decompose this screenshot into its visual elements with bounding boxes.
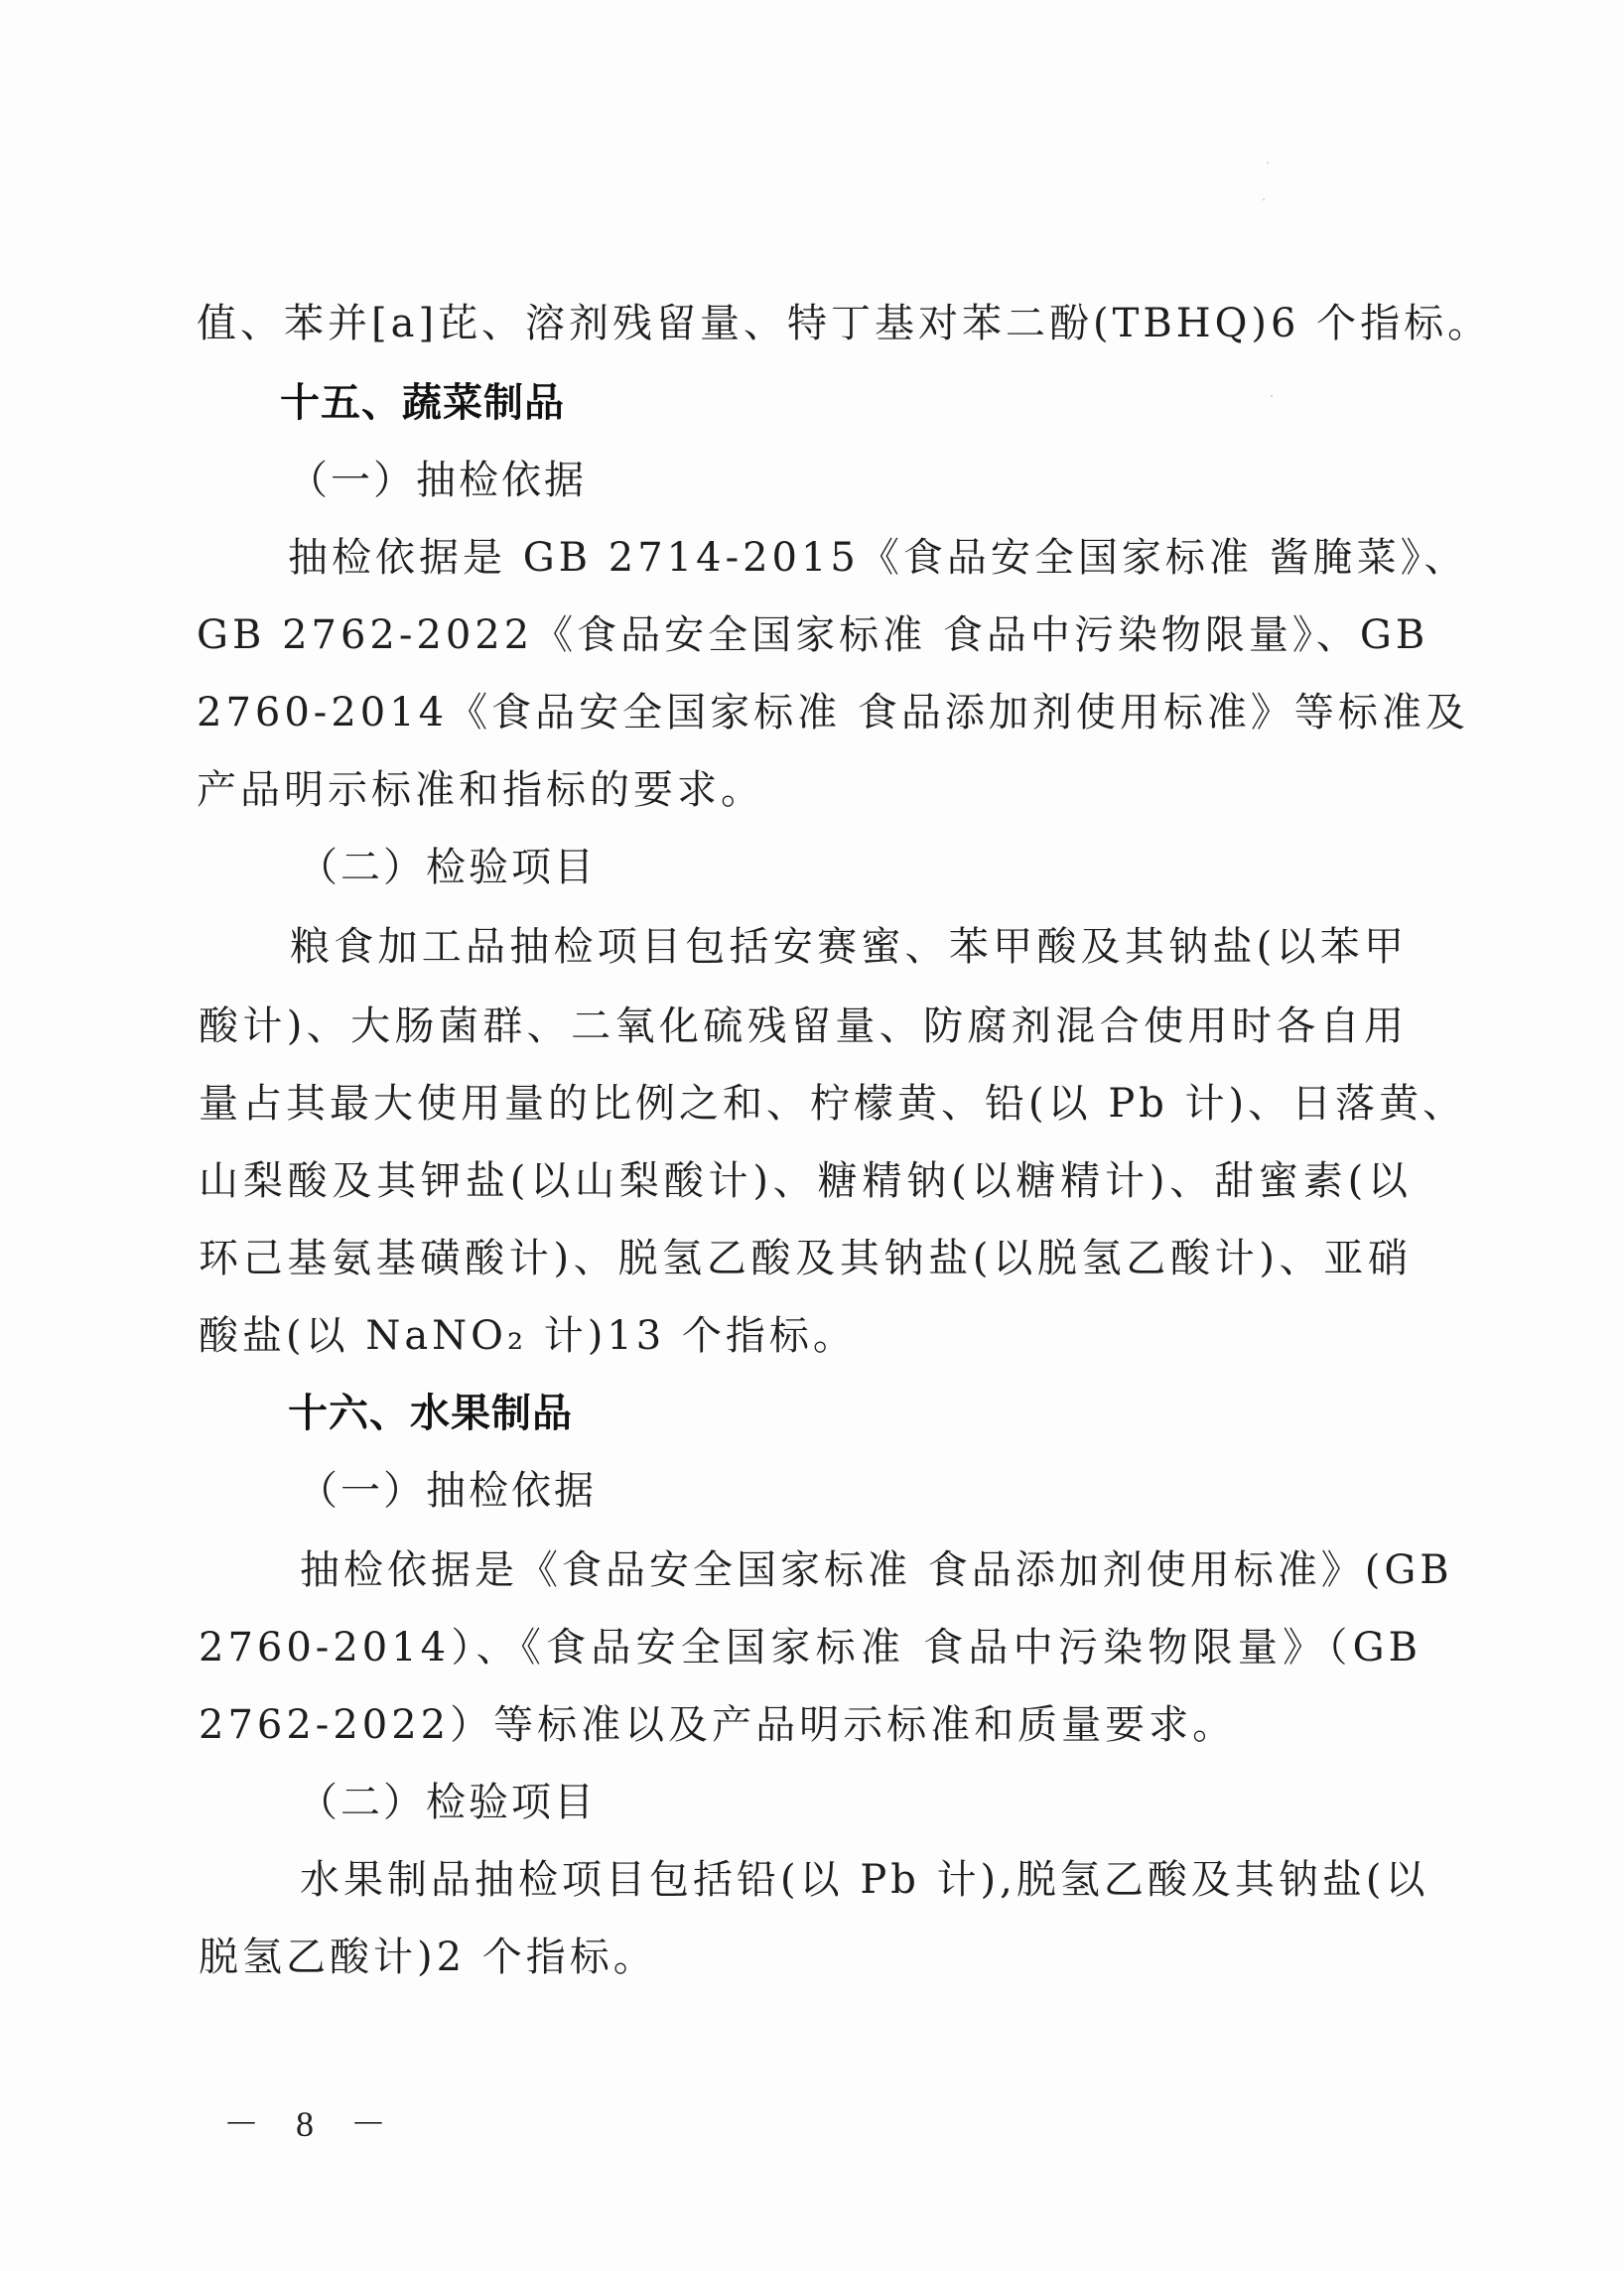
- page-number: － 8 －: [223, 2096, 400, 2147]
- paragraph-line: 环己基氨基磺酸计)、脱氢乙酸及其钠盐(以脱氢乙酸计)、亚硝: [199, 1233, 1412, 1284]
- paragraph-line: 抽检依据是 GB 2714-2015《食品安全国家标准 酱腌菜》、: [288, 532, 1390, 584]
- paragraph-line: 2760-2014《食品安全国家标准 食品添加剂使用标准》等标准及: [197, 687, 1396, 738]
- subsection-heading-items: （二）检验项目: [298, 1777, 597, 1828]
- paragraph-line: 山梨酸及其钾盐(以山梨酸计)、糖精钠(以糖精计)、甜蜜素(以: [199, 1155, 1412, 1207]
- paragraph-line: GB 2762-2022《食品安全国家标准 食品中污染物限量》、GB: [197, 609, 1388, 661]
- scan-speck: [1263, 199, 1265, 200]
- section-heading-fruit-products: 十六、水果制品: [288, 1388, 573, 1439]
- scan-speck: [1271, 395, 1273, 397]
- paragraph-line: 水果制品抽检项目包括铅(以 Pb 计),脱氢乙酸及其钠盐(以: [300, 1854, 1421, 1906]
- paragraph-line: 粮食加工品抽检项目包括安赛蜜、苯甲酸及其钠盐(以苯甲: [290, 921, 1408, 973]
- paragraph-line: 量占其最大使用量的比例之和、柠檬黄、铅(以 Pb 计)、日落黄、: [199, 1078, 1412, 1130]
- paragraph-line: 产品明示标准和指标的要求。: [197, 764, 764, 816]
- paragraph-line: 酸盐(以 NaNO₂ 计)13 个指标。: [199, 1310, 857, 1362]
- subsection-heading-basis: （一）抽检依据: [298, 1465, 597, 1517]
- paragraph-line: 2762-2022）等标准以及产品明示标准和质量要求。: [199, 1699, 1236, 1751]
- paragraph-line: 脱氢乙酸计)2 个指标。: [199, 1932, 657, 1983]
- scan-speck: [1267, 162, 1269, 164]
- paragraph-line: 酸计)、大肠菌群、二氧化硫残留量、防腐剂混合使用时各自用: [199, 1001, 1408, 1052]
- continuation-paragraph: 值、苯并[a]芘、溶剂残留量、特丁基对苯二酚(TBHQ)6 个指标。: [197, 298, 1491, 349]
- subsection-heading-items: （二）检验项目: [298, 842, 597, 893]
- subsection-heading-basis: （一）抽检依据: [288, 455, 587, 506]
- section-heading-vegetable-products: 十五、蔬菜制品: [280, 377, 565, 429]
- paragraph-line: 抽检依据是《食品安全国家标准 食品添加剂使用标准》(GB: [300, 1544, 1421, 1596]
- document-page: 值、苯并[a]芘、溶剂残留量、特丁基对苯二酚(TBHQ)6 个指标。 十五、蔬菜…: [0, 0, 1624, 2271]
- paragraph-line: 2760-2014）、《食品安全国家标准 食品中污染物限量》（GB: [199, 1622, 1421, 1673]
